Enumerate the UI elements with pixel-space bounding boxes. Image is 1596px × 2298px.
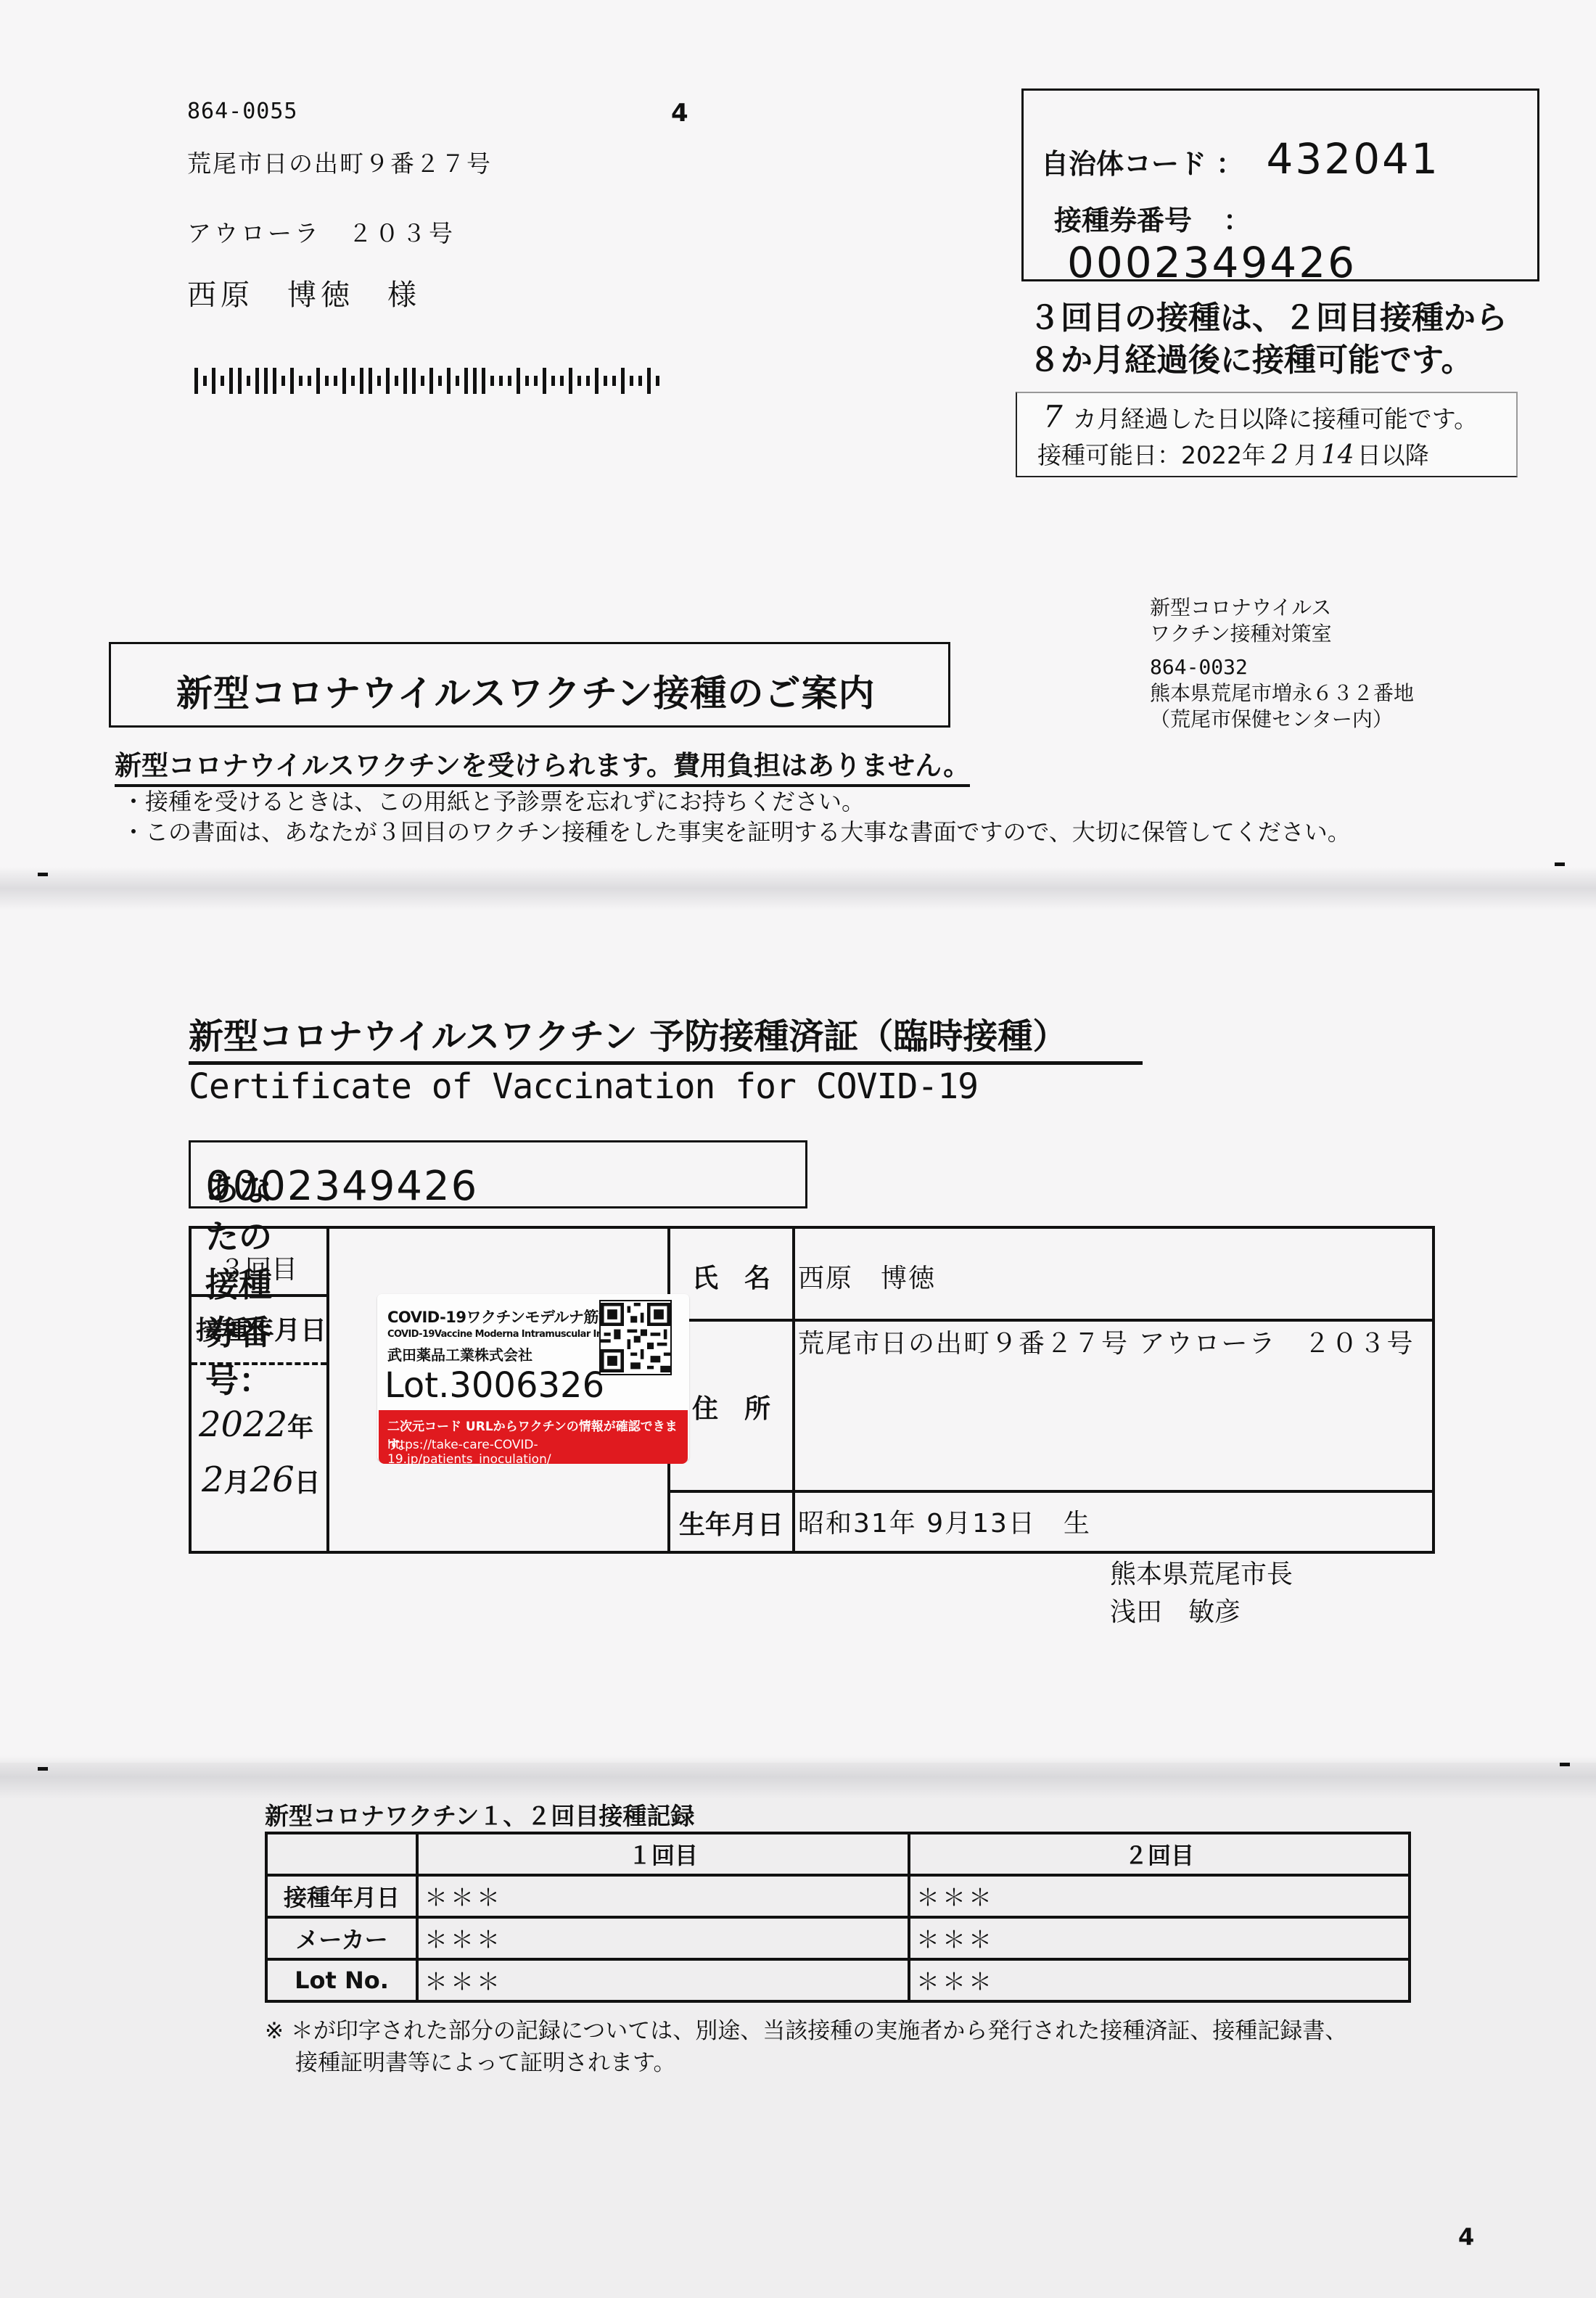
day-suffix: 日以降 bbox=[1357, 441, 1429, 469]
vaccine-manufacturer: 武田薬品工業株式会社 bbox=[387, 1343, 532, 1364]
third-dose-notice-line: ３回目の接種は、２回目接種から bbox=[1029, 297, 1507, 339]
issuer-title: 熊本県荒尾市長 bbox=[1110, 1556, 1293, 1594]
certificate-title-en: Certificate of Vaccination for COVID-19 bbox=[189, 1066, 978, 1107]
column-header: ２回目 bbox=[909, 1833, 1410, 1875]
vaccination-date-label: 接種年月日 bbox=[196, 1310, 326, 1347]
ticket-number-label: 接種券番号 bbox=[1054, 205, 1192, 236]
note-line: 接種証明書等によって証明されます。 bbox=[265, 2047, 1347, 2079]
guide-bullet: ・この書面は、あなたが３回目のワクチン接種をした事実を証明する大事な書面ですので… bbox=[122, 814, 1351, 847]
vaccination-date-year: 2022年 bbox=[199, 1404, 313, 1445]
name-label: 氏 名 bbox=[692, 1258, 770, 1295]
year-suffix: 年 bbox=[287, 1413, 313, 1443]
eligibility-date-label: 接種可能日： bbox=[1037, 441, 1181, 469]
dose2-value: ＊＊＊ bbox=[909, 1917, 1410, 1959]
office-name: 新型コロナウイルス bbox=[1150, 595, 1414, 621]
handwritten-day: 26 bbox=[250, 1459, 295, 1500]
eligibility-box: 7カ月経過した日以降に接種可能です。 接種可能日：2022年2月14日以降 bbox=[1016, 392, 1518, 477]
municipality-code-row: 自治体コード ： 432041 bbox=[1041, 134, 1440, 184]
cut-mark bbox=[38, 873, 48, 876]
dose-label: ３回目 bbox=[219, 1249, 297, 1286]
table-row: 接種年月日 ＊＊＊ ＊＊＊ bbox=[266, 1875, 1410, 1917]
row-label: 接種年月日 bbox=[266, 1875, 417, 1917]
issuer: 熊本県荒尾市長 浅田 敏彦 bbox=[1110, 1556, 1293, 1631]
eligibility-months: 7カ月経過した日以降に接種可能です。 bbox=[1043, 399, 1478, 435]
office-postal-code: 864-0032 bbox=[1150, 654, 1414, 680]
guide-title-box: 新型コロナウイルスワクチン接種のご案内 bbox=[109, 642, 950, 728]
prior-doses-title: 新型コロナワクチン１、２回目接種記録 bbox=[265, 1797, 694, 1832]
guide-subtitle: 新型コロナウイルスワクチンを受けられます。費用負担はありません。 bbox=[115, 744, 970, 787]
vaccine-info-banner: 二次元コード URLからワクチンの情報が確認できます。 https://take… bbox=[379, 1410, 688, 1464]
page-number: 4 bbox=[1458, 2223, 1474, 2251]
perforation-fold bbox=[0, 1755, 1596, 1799]
recipient-name: 西原 博徳 様 bbox=[187, 272, 421, 313]
third-dose-notice-line: ８か月経過後に接種可能です。 bbox=[1029, 339, 1507, 382]
address-label: 住 所 bbox=[692, 1388, 770, 1425]
issuer-name: 浅田 敏彦 bbox=[1110, 1594, 1293, 1631]
dose2-value: ＊＊＊ bbox=[909, 1875, 1410, 1917]
column-header bbox=[266, 1833, 417, 1875]
page-marker: 4 bbox=[671, 99, 688, 128]
handwritten-year: 2022 bbox=[199, 1404, 287, 1445]
qr-code-icon[interactable] bbox=[599, 1300, 672, 1375]
birthdate-value: 昭和31年 9月13日 生 bbox=[798, 1503, 1091, 1540]
office-address: 熊本県荒尾市増永６３２番地 bbox=[1150, 680, 1414, 707]
vaccine-name: COVID-19ワクチンモデルナ筋注 bbox=[387, 1306, 613, 1327]
municipality-code-label: 自治体コード bbox=[1041, 148, 1206, 180]
vaccination-date-month-day: 2月26日 bbox=[202, 1459, 321, 1500]
note-line: ※ ＊が印字された部分の記録については、別途、当該接種の実施者から発行された接種… bbox=[265, 2015, 1347, 2047]
ticket-number-row: 接種券番号 ： 0002349426 bbox=[1054, 198, 1537, 287]
row-label: メーカー bbox=[266, 1917, 417, 1959]
recipient-address: 荒尾市日の出町９番２７号 bbox=[187, 145, 492, 179]
eligibility-date: 接種可能日：2022年2月14日以降 bbox=[1037, 437, 1429, 471]
cut-mark bbox=[38, 1767, 48, 1771]
eligibility-text: カ月経過した日以降に接種可能です。 bbox=[1073, 405, 1478, 433]
code-box: 自治体コード ： 432041 接種券番号 ： 0002349426 bbox=[1021, 88, 1539, 281]
column-header: １回目 bbox=[417, 1833, 909, 1875]
dose1-value: ＊＊＊ bbox=[417, 1959, 909, 2001]
eligibility-year: 2022年 bbox=[1181, 441, 1266, 469]
barcode-icon bbox=[194, 366, 670, 395]
cut-mark bbox=[1555, 862, 1565, 866]
row-label: Lot No. bbox=[266, 1959, 417, 2001]
guide-title: 新型コロナウイルスワクチン接種のご案内 bbox=[176, 664, 876, 717]
municipality-code: 432041 bbox=[1267, 134, 1440, 184]
handwritten-month: 2 bbox=[202, 1459, 224, 1500]
certificate-ticket-box: あなたの接種券番号：0002349426 bbox=[189, 1140, 807, 1208]
office-building: （荒尾市保健センター内） bbox=[1150, 707, 1414, 733]
vaccine-name-en: COVID-19Vaccine Moderna Intramuscular In… bbox=[387, 1329, 635, 1340]
certificate-table: ３回目 接種年月日 2022年 2月26日 氏 名 西原 博徳 住 所 荒尾市日… bbox=[189, 1226, 1435, 1554]
cut-mark bbox=[1560, 1763, 1570, 1766]
dose1-value: ＊＊＊ bbox=[417, 1875, 909, 1917]
postal-code: 864-0055 bbox=[187, 99, 298, 124]
vaccine-info-url[interactable]: https://take-care-COVID-19.jp/patients_i… bbox=[387, 1438, 688, 1467]
prior-doses-table: １回目 ２回目 接種年月日 ＊＊＊ ＊＊＊ メーカー ＊＊＊ ＊＊＊ Lot N… bbox=[265, 1832, 1411, 2003]
address-value: 荒尾市日の出町９番２７号 アウローラ ２０３号 bbox=[798, 1323, 1414, 1360]
office-name: ワクチン接種対策室 bbox=[1150, 621, 1414, 647]
table-header-row: １回目 ２回目 bbox=[266, 1833, 1410, 1875]
certificate-ticket-number: 0002349426 bbox=[205, 1163, 478, 1210]
name-value: 西原 博徳 bbox=[798, 1258, 936, 1295]
month-suffix: 月 bbox=[1294, 441, 1318, 469]
third-dose-notice: ３回目の接種は、２回目接種から ８か月経過後に接種可能です。 bbox=[1029, 297, 1507, 382]
prior-doses-note: ※ ＊が印字された部分の記録については、別途、当該接種の実施者から発行された接種… bbox=[265, 2015, 1347, 2079]
recipient-building: アウローラ ２０３号 bbox=[187, 215, 456, 249]
separator: ： bbox=[1223, 205, 1251, 236]
ticket-number: 0002349426 bbox=[1067, 238, 1357, 287]
issuing-office: 新型コロナウイルス ワクチン接種対策室 864-0032 熊本県荒尾市増永６３２… bbox=[1150, 595, 1414, 733]
handwritten-months: 7 bbox=[1043, 399, 1063, 435]
handwritten-month: 2 bbox=[1272, 440, 1288, 470]
vaccine-lot-sticker: COVID-19ワクチンモデルナ筋注 COVID-19Vaccine Moder… bbox=[377, 1294, 689, 1461]
table-row: Lot No. ＊＊＊ ＊＊＊ bbox=[266, 1959, 1410, 2001]
guide-bullet: ・接種を受けるときは、この用紙と予診票を忘れずにお持ちください。 bbox=[122, 783, 865, 817]
dose1-value: ＊＊＊ bbox=[417, 1917, 909, 1959]
perforation-fold bbox=[0, 867, 1596, 910]
dose2-value: ＊＊＊ bbox=[909, 1959, 1410, 2001]
birthdate-label: 生年月日 bbox=[679, 1504, 783, 1541]
certificate-title: 新型コロナウイルスワクチン 予防接種済証（臨時接種） bbox=[189, 1008, 1143, 1065]
separator: ： bbox=[1216, 148, 1243, 180]
month-suffix: 月 bbox=[224, 1468, 250, 1498]
handwritten-day: 14 bbox=[1321, 440, 1354, 470]
day-suffix: 日 bbox=[295, 1468, 321, 1498]
vaccine-lot-number: Lot.3006326 bbox=[384, 1365, 604, 1406]
table-row: メーカー ＊＊＊ ＊＊＊ bbox=[266, 1917, 1410, 1959]
